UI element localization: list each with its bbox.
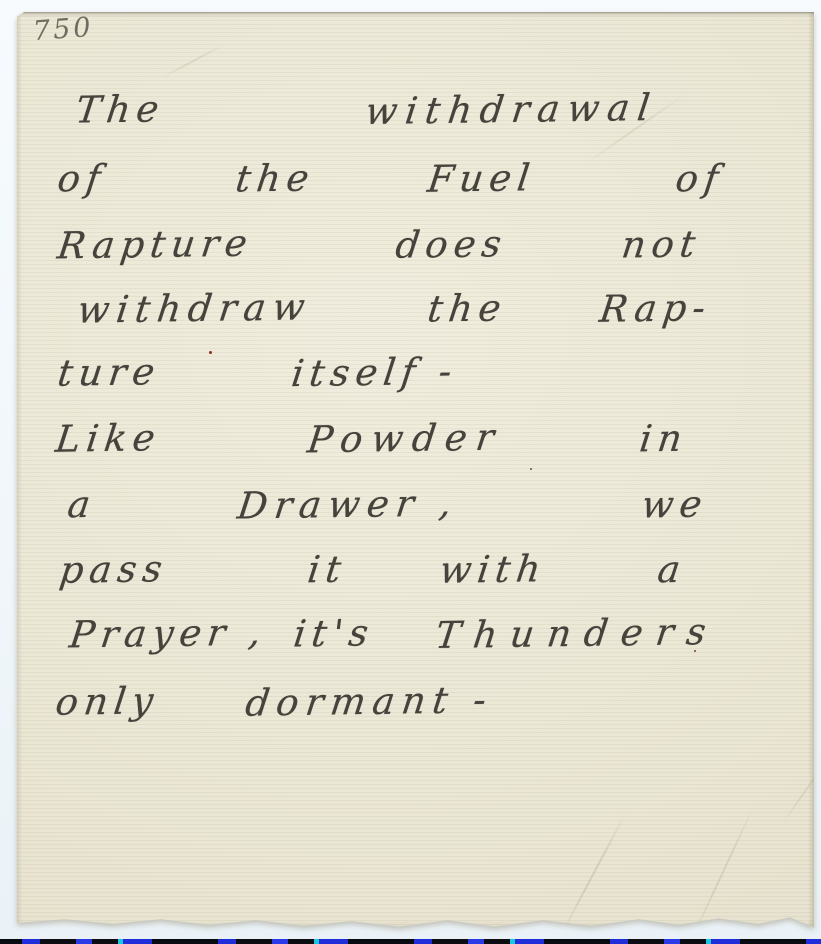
paper-crease [558, 810, 627, 939]
paper-crease [161, 44, 224, 78]
page-number: 750 [32, 12, 95, 47]
handwritten-word: pass [57, 547, 170, 592]
scanned-manuscript-view: 750 ThewithdrawaloftheFuelofRapturedoesn… [0, 0, 821, 944]
handwritten-word: Powder [305, 416, 505, 462]
handwritten-word: Like [53, 416, 163, 460]
handwritten-word: a [65, 483, 99, 526]
handwritten-word: the [233, 156, 317, 200]
paper-speck [209, 351, 212, 354]
handwritten-word: Prayer , [67, 611, 269, 657]
paper-speck [694, 650, 696, 652]
paper-speck [530, 468, 532, 470]
handwritten-word: it's [291, 611, 376, 655]
handwritten-word: does [393, 222, 510, 267]
manuscript-page [17, 12, 814, 934]
handwritten-word: Thunders [433, 610, 721, 657]
handwritten-word: of [673, 157, 727, 201]
paper-crease [588, 92, 687, 162]
handwritten-word: The [73, 87, 167, 131]
handwritten-word: itself - [289, 350, 460, 395]
handwritten-word: ture [55, 350, 163, 394]
handwritten-word: in [637, 417, 690, 461]
paper-crease [781, 750, 821, 825]
handwritten-word: Drawer , [235, 481, 461, 527]
handwritten-word: of [55, 157, 109, 201]
handwritten-word: Rap- [597, 286, 714, 331]
scanner-artifact-strip [0, 939, 821, 944]
handwritten-word: not [619, 222, 704, 266]
handwritten-word: withdrawal [363, 86, 660, 133]
handwritten-word: with [437, 547, 549, 591]
handwritten-word: only [53, 679, 161, 723]
handwritten-word: withdraw [75, 285, 314, 331]
paper-shadow [0, 0, 821, 944]
handwritten-word: a [655, 548, 689, 591]
manuscript-text-layer: ThewithdrawaloftheFuelofRapturedoesnotwi… [0, 0, 821, 944]
handwritten-word: it [305, 548, 349, 592]
paper-crease [690, 804, 755, 941]
handwritten-word: we [639, 483, 710, 527]
handwritten-word: dormant - [243, 678, 496, 724]
handwritten-word: the [425, 286, 509, 330]
handwritten-word: Rapture [55, 222, 256, 268]
handwritten-word: Fuel [425, 156, 538, 200]
